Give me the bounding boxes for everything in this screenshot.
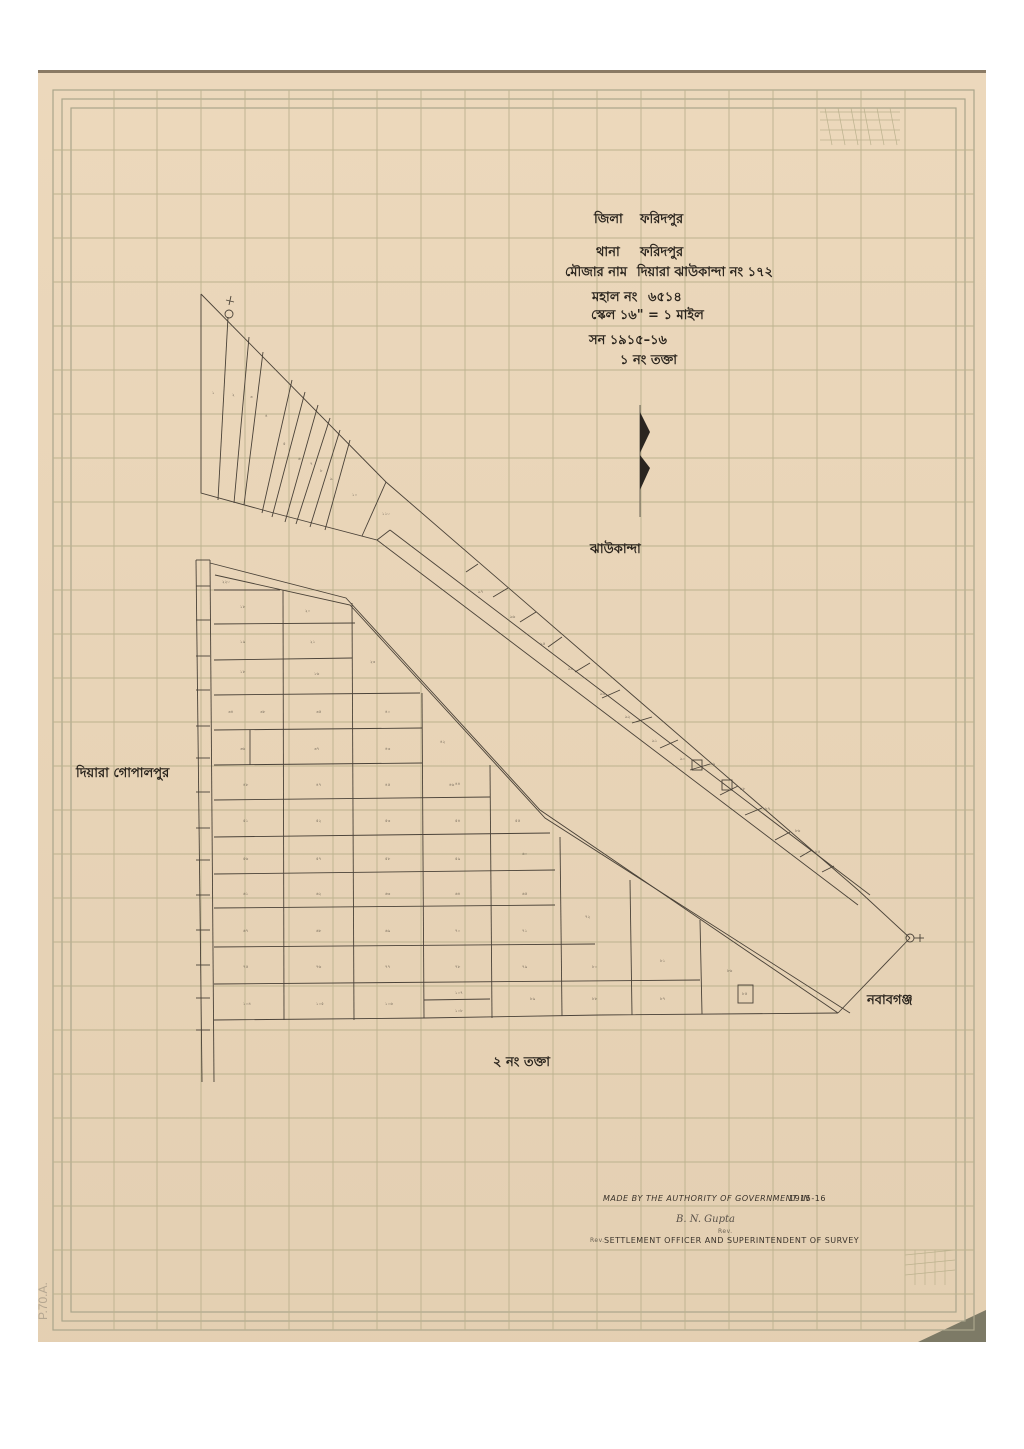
north-neighbor-label: ঝাউকান্দা — [590, 540, 641, 561]
svg-text:৫৫: ৫৫ — [515, 818, 521, 823]
east-neighbor-label: নবাবগঞ্জ — [867, 991, 913, 1012]
svg-text:৭৭: ৭৭ — [385, 964, 391, 969]
svg-text:৩৮: ৩৮ — [260, 709, 266, 714]
mouza-label: মৌজার নাম — [565, 263, 627, 284]
scale-text: স্কেল ১৬" = ১ মাইল — [591, 306, 704, 327]
svg-text:৭: ৭ — [310, 461, 313, 466]
svg-text:৮৯: ৮৯ — [530, 996, 536, 1001]
svg-text:৭১: ৭১ — [522, 928, 528, 933]
authority-year: 1915-16 — [789, 1194, 826, 1203]
svg-text:৩৬: ৩৬ — [240, 746, 246, 751]
sheet-code: P.70.A. — [36, 1282, 50, 1320]
svg-text:৪৪: ৪৪ — [455, 781, 461, 786]
scale-diagram-bottom — [905, 1250, 955, 1285]
svg-text:৪৮: ৪৮ — [243, 782, 249, 787]
svg-text:৬৭: ৬৭ — [243, 928, 249, 933]
officer-mid-note: Rev. — [718, 1228, 733, 1235]
svg-text:৮৬: ৮৬ — [795, 828, 801, 833]
svg-text:৫২: ৫২ — [316, 818, 322, 823]
svg-text:৪৫: ৪৫ — [385, 782, 391, 787]
svg-text:৫: ৫ — [283, 441, 286, 446]
svg-text:৬: ৬ — [298, 456, 301, 461]
svg-text:৬৪: ৬৪ — [455, 891, 461, 896]
svg-text:৪৬: ৪৬ — [449, 782, 455, 787]
svg-text:৯৫: ৯৫ — [540, 641, 546, 646]
svg-text:১৮: ১৮ — [240, 669, 246, 674]
svg-text:৬৫: ৬৫ — [522, 891, 528, 896]
svg-text:৫৪: ৫৪ — [455, 818, 461, 823]
svg-text:৭০: ৭০ — [455, 928, 461, 933]
svg-text:৯১: ৯১ — [652, 738, 658, 743]
district-value: ফরিদপুর — [640, 210, 683, 231]
cadastral-map: ১২৩ ৪৫৬ ৭৮৯ ১০১১০ ২২০১৮২০ ১৯২১২৩ ১৮১৬ ৩৪… — [0, 0, 1024, 1449]
svg-text:৫৩: ৫৩ — [385, 818, 391, 823]
svg-text:৯: ৯ — [330, 476, 333, 481]
thana-value: ফরিদপুর — [640, 243, 683, 264]
svg-text:৭৮: ৭৮ — [455, 964, 461, 969]
district-label: জিলা — [594, 210, 623, 231]
svg-text:৮৯: ৮৯ — [710, 761, 716, 766]
svg-text:২৩: ২৩ — [370, 659, 376, 664]
svg-text:১৮: ১৮ — [240, 604, 246, 609]
sheet-number-text: ১ নং তক্তা — [620, 351, 677, 372]
scale-diagram-top — [820, 108, 900, 145]
authority-line: MADE BY THE AUTHORITY OF GOVERNMENT IN — [603, 1194, 810, 1203]
svg-text:৮: ৮ — [320, 468, 323, 473]
svg-text:৪২: ৪২ — [440, 739, 446, 744]
svg-text:৭৬: ৭৬ — [316, 964, 322, 969]
svg-text:১০৫: ১০৫ — [316, 1001, 324, 1006]
svg-text:৪০: ৪০ — [385, 709, 391, 714]
svg-text:৩: ৩ — [250, 394, 253, 399]
svg-text:১০৮: ১০৮ — [455, 1008, 463, 1013]
svg-text:২০: ২০ — [305, 608, 311, 613]
junction-markers — [225, 296, 924, 942]
svg-text:৭৫: ৭৫ — [243, 964, 249, 969]
svg-text:৯৬: ৯৬ — [510, 614, 516, 619]
sheet-border — [53, 90, 974, 1330]
svg-text:৮১: ৮১ — [660, 958, 666, 963]
signature: B. N. Gupta — [676, 1214, 735, 1225]
svg-text:৬২: ৬২ — [316, 891, 322, 896]
svg-text:৬০: ৬০ — [522, 851, 528, 856]
svg-text:৮৮: ৮৮ — [592, 996, 598, 1001]
svg-text:৭২: ৭২ — [585, 914, 591, 919]
svg-text:৯০: ৯০ — [680, 756, 686, 761]
svg-text:৪৭: ৪৭ — [316, 782, 322, 787]
svg-text:৬৮: ৬৮ — [316, 928, 322, 933]
svg-text:৭৯: ৭৯ — [522, 964, 528, 969]
south-sheet-label: ২ নং তক্তা — [493, 1053, 550, 1074]
svg-text:১০৬: ১০৬ — [385, 1001, 393, 1006]
svg-text:২১: ২১ — [310, 639, 316, 644]
svg-text:১: ১ — [212, 390, 215, 395]
svg-text:৩৫: ৩৫ — [316, 709, 322, 714]
svg-text:৬১: ৬১ — [243, 891, 249, 896]
svg-text:৩৭: ৩৭ — [314, 746, 320, 751]
svg-text:৮৫: ৮৫ — [815, 849, 821, 854]
svg-text:৫৮: ৫৮ — [385, 856, 391, 861]
svg-text:৮৫: ৮৫ — [742, 991, 748, 996]
svg-text:১০৭: ১০৭ — [455, 990, 463, 995]
svg-text:৫৭: ৫৭ — [316, 856, 322, 861]
svg-text:৮৭: ৮৭ — [660, 996, 666, 1001]
officer-line: SETTLEMENT OFFICER AND — [604, 1236, 724, 1245]
svg-text:১০: ১০ — [352, 492, 358, 497]
svg-text:১৬: ১৬ — [314, 671, 320, 676]
svg-text:২২০: ২২০ — [222, 579, 230, 584]
svg-text:৪: ৪ — [265, 413, 268, 418]
svg-text:৯৭: ৯৭ — [478, 589, 484, 594]
svg-text:৫৯: ৫৯ — [455, 856, 461, 861]
thana-label: থানা — [596, 243, 620, 264]
torn-corner — [918, 1310, 986, 1342]
svg-text:১৯: ১৯ — [240, 639, 246, 644]
svg-text:১০৪: ১০৪ — [243, 1001, 251, 1006]
svg-text:৮৭: ৮৭ — [765, 806, 771, 811]
svg-text:৫৬: ৫৬ — [243, 856, 249, 861]
west-neighbor-label: দিয়ারা গোপালপুর — [76, 764, 169, 785]
svg-text:১১০: ১১০ — [382, 511, 390, 516]
svg-text:৯২: ৯২ — [625, 714, 631, 719]
svg-text:৮৬: ৮৬ — [727, 968, 733, 973]
svg-text:৯৪: ৯৪ — [568, 666, 574, 671]
svg-text:৬৩: ৬৩ — [385, 891, 391, 896]
svg-text:৪৩: ৪৩ — [385, 746, 391, 751]
svg-text:৫১: ৫১ — [243, 818, 249, 823]
svg-text:৬৯: ৬৯ — [385, 928, 391, 933]
svg-text:৮৮: ৮৮ — [740, 786, 746, 791]
superintendent-line: SUPERINTENDENT OF SURVEY — [727, 1236, 859, 1245]
svg-text:৯৩: ৯৩ — [600, 691, 606, 696]
mouza-value: দিয়ারা ঝাউকান্দা নং ১৭২ — [637, 263, 773, 284]
officer-prefix: Rev. — [590, 1237, 605, 1244]
year-text: সন ১৯১৫–১৬ — [589, 331, 667, 352]
svg-text:৩৪: ৩৪ — [228, 709, 234, 714]
svg-text:২: ২ — [232, 392, 235, 397]
svg-text:৮০: ৮০ — [592, 964, 598, 969]
grid-lines — [53, 90, 974, 1330]
north-arrow-icon — [640, 405, 650, 517]
